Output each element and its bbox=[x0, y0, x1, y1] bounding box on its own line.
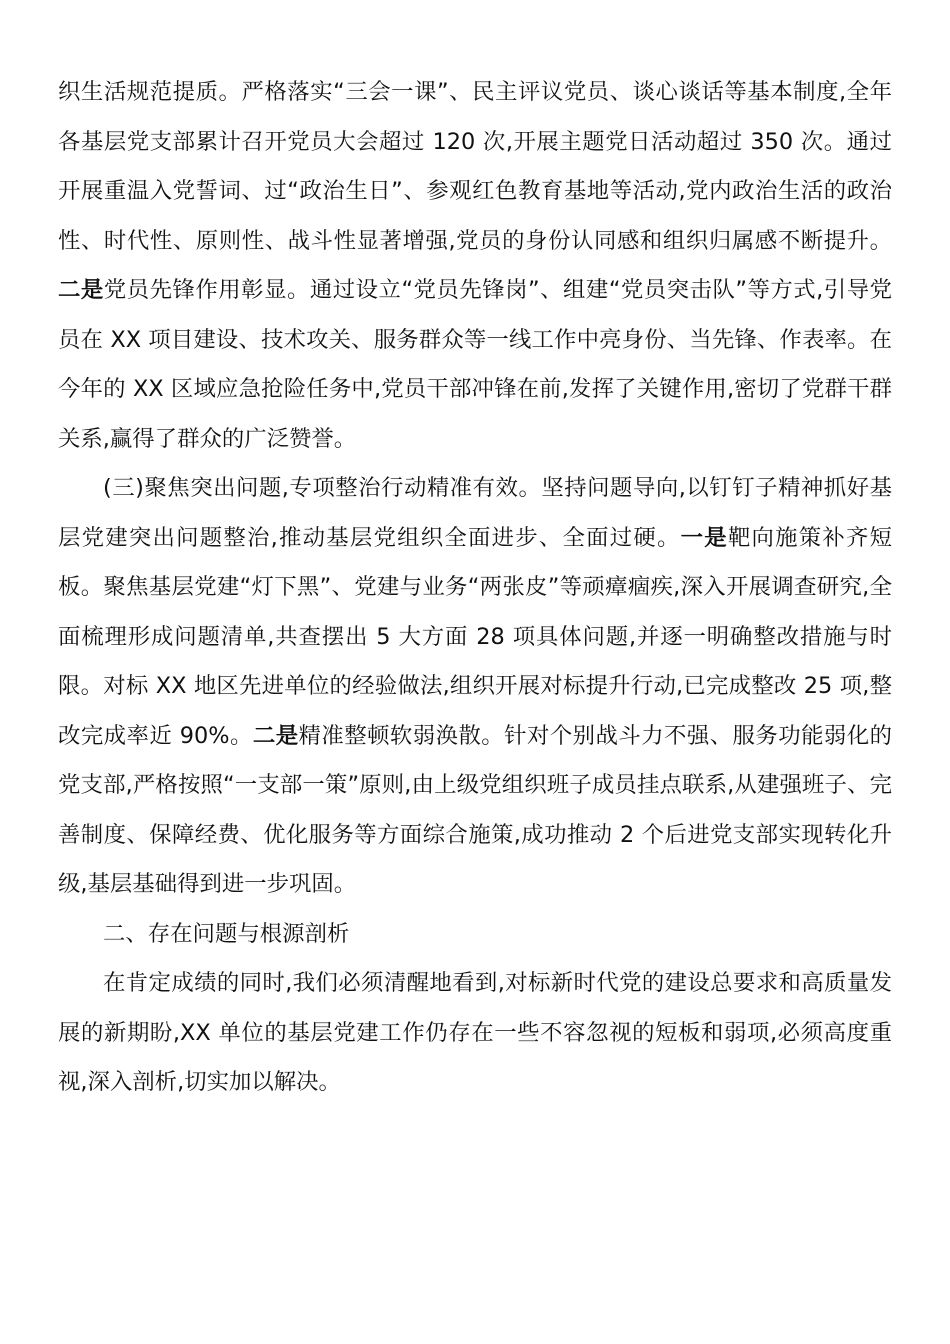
paragraph-problems-intro: 在肯定成绩的同时,我们必须清醒地看到,对标新时代党的建设总要求和高质量发展的新期… bbox=[58, 959, 892, 1108]
paragraph-text: 在肯定成绩的同时,我们必须清醒地看到,对标新时代党的建设总要求和高质量发展的新期… bbox=[58, 970, 892, 1095]
paragraph-text: 织生活规范提质。严格落实“三会一课”、民主评议党员、谈心谈话等基本制度,全年各基… bbox=[58, 79, 892, 254]
section-heading-problems-and-root-causes: 二、存在问题与根源剖析 bbox=[58, 910, 892, 960]
document-page: 织生活规范提质。严格落实“三会一课”、民主评议党员、谈心谈话等基本制度,全年各基… bbox=[58, 68, 892, 1108]
paragraph-text: 党员先锋作用彰显。通过设立“党员先锋岗”、组建“党员突击队”等方式,引导党员在 … bbox=[58, 277, 892, 452]
paragraph-party-life-and-vanguard: 织生活规范提质。严格落实“三会一课”、民主评议党员、谈心谈话等基本制度,全年各基… bbox=[58, 68, 892, 464]
heading-text: 二、存在问题与根源剖析 bbox=[103, 921, 349, 947]
bold-lead-er-shi: 二是 bbox=[253, 723, 299, 749]
bold-lead-yi-shi: 一是 bbox=[681, 525, 728, 551]
bold-lead-er-shi: 二是 bbox=[58, 277, 104, 303]
paragraph-section-three-rectification: (三)聚焦突出问题,专项整治行动精准有效。坚持问题导向,以钉钉子精神抓好基层党建… bbox=[58, 464, 892, 910]
paragraph-text: 靶向施策补齐短板。聚焦基层党建“灯下黑”、党建与业务“两张皮”等顽瘴痼疾,深入开… bbox=[58, 525, 892, 749]
